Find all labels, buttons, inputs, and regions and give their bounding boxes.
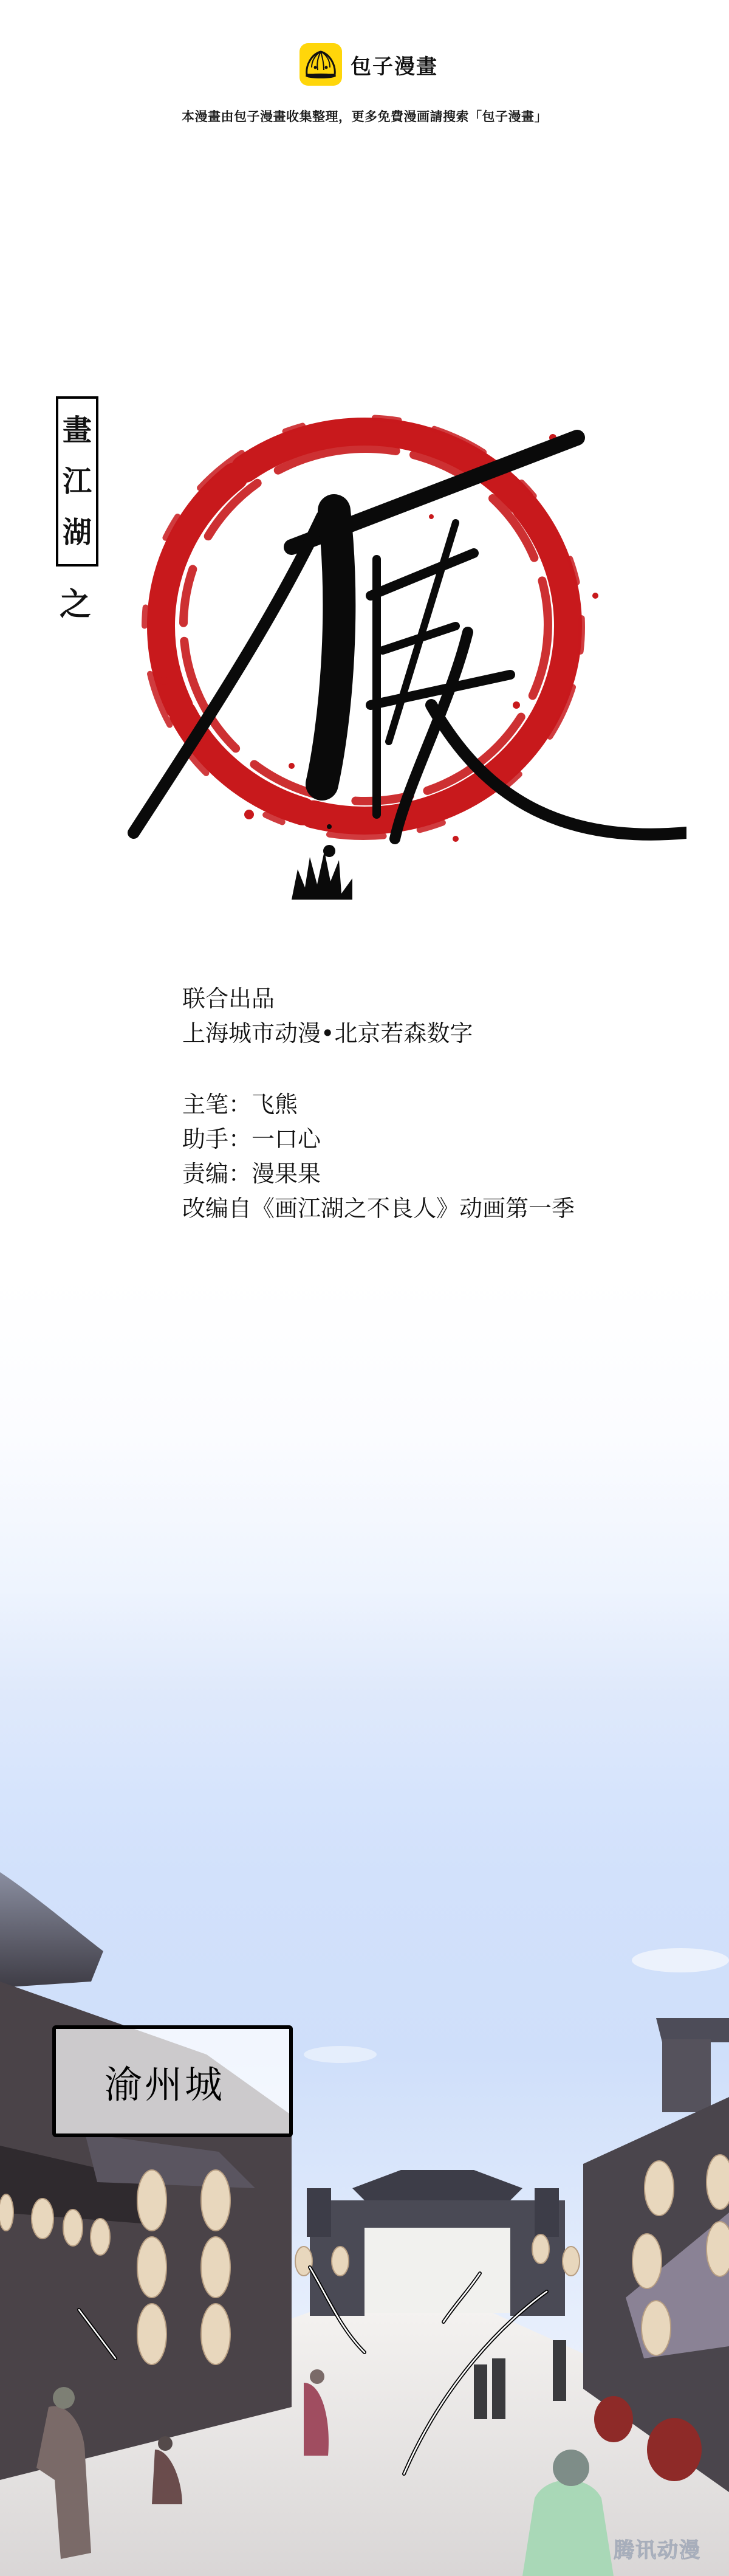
steamed-bun-logo-icon bbox=[299, 43, 342, 86]
street-scene-illustration bbox=[0, 1860, 729, 2576]
series-char-1: 畫 bbox=[63, 416, 92, 445]
publisher-watermark: 腾讯动漫 bbox=[614, 2533, 701, 2563]
location-caption-box: 渝州城 bbox=[52, 2025, 293, 2137]
red-ink-circle-icon bbox=[145, 418, 582, 837]
credit-line: 主笔：飞熊 bbox=[182, 1087, 575, 1122]
series-char-2: 江 bbox=[63, 467, 92, 496]
producers: 上海城市动漫•北京若森数字 bbox=[182, 1016, 575, 1051]
credit-line: 责编：漫果果 bbox=[182, 1157, 575, 1191]
series-char-3: 湖 bbox=[63, 518, 92, 547]
produced-by-label: 联合出品 bbox=[182, 982, 575, 1016]
location-caption: 渝州城 bbox=[104, 2054, 225, 2109]
source-notice: 本漫畫由包子漫畫收集整理，更多免費漫画請搜索「包子漫畫」 bbox=[0, 107, 729, 125]
credit-line: 助手：一口心 bbox=[182, 1122, 575, 1157]
credits-block: 联合出品 上海城市动漫•北京若森数字 主笔：飞熊 助手：一口心 责编：漫果果 改… bbox=[182, 982, 575, 1226]
credit-line: 改编自《画江湖之不良人》动画第一季 bbox=[182, 1191, 575, 1226]
city-gate bbox=[307, 2170, 565, 2316]
brand-name: 包子漫畫 bbox=[351, 50, 438, 80]
brand-header: 包子漫畫 bbox=[299, 43, 438, 86]
title-connector: 之 bbox=[60, 579, 91, 624]
calligraphy-seal-logo bbox=[91, 365, 686, 900]
